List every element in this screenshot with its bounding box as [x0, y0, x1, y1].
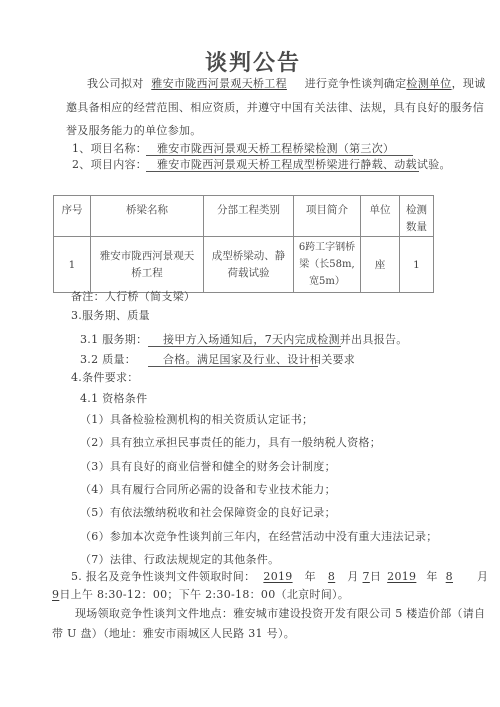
registration-time-line: 5. 报名及竞争性谈判文件领取时间：2019年8月7日2019年8月	[71, 570, 488, 584]
table-header-row: 序号 桥梁名称 分部工程类别 项目简介 单位 检测数量	[54, 196, 434, 237]
condition-2: （2）具有独立承担民事责任的能力，具有一般纳税人资格；	[80, 436, 381, 450]
header-summary: 项目简介	[294, 196, 361, 237]
intro-target: 检测单位	[406, 77, 451, 90]
intro-line-2: 邀具备相应的经营范围、相应资质，并遵守中国有关法律、法规，具有良好的服务信	[66, 101, 484, 115]
underline	[148, 346, 341, 347]
cell-no: 1	[54, 237, 91, 293]
condition-7: （7）法律、行政法规规定的其他条件。	[80, 553, 279, 567]
intro-line-3: 誉及服务能力的单位参加。	[66, 124, 202, 138]
start-month: 8	[320, 570, 343, 583]
cell-category: 成型桥梁动、静荷载试验	[204, 237, 294, 293]
condition-4: （4）具有履行合同所必需的设备和专业技术能力；	[80, 483, 336, 497]
cell-unit: 座	[361, 237, 400, 293]
header-category: 分部工程类别	[204, 196, 294, 237]
intro-suffix: ，现诚	[452, 77, 486, 90]
month-char: 月	[347, 570, 358, 583]
quality-value: 合格。满足国家及行业、设计相关要求	[163, 353, 355, 367]
month-char: 月	[477, 570, 488, 583]
end-year: 2019	[381, 570, 422, 583]
condition-1: （1）具备检验检测机构的相关资质认定证书；	[80, 413, 313, 427]
item-project-name-value: 雅安市陇西河景观天桥工程桥梁检测（第三次）	[157, 142, 394, 156]
start-day: 7	[363, 570, 370, 583]
section3-heading: 3.服务期、质量	[71, 309, 150, 323]
table-row: 1 雅安市陇西河景观天桥工程 成型桥梁动、静荷载试验 6跨工字钢桥梁（长58m,…	[54, 237, 434, 293]
condition-3: （3）具有良好的商业信誉和健全的财务会计制度；	[80, 460, 336, 474]
cell-bridge-name: 雅安市陇西河景观天桥工程	[91, 237, 204, 293]
header-unit: 单位	[361, 196, 400, 237]
cell-summary: 6跨工字钢桥梁（长58m,宽5m）	[294, 237, 361, 293]
year-char: 年	[426, 570, 437, 583]
item-project-content-label: 2、项目内容：	[72, 158, 147, 172]
intro-line-1: 我公司拟对 雅安市陇西河景观天桥工程 进行竞争性谈判确定检测单位，现诚	[87, 77, 486, 91]
condition-5: （5）有依法缴纳税收和社会保障资金的良好记录；	[80, 506, 336, 520]
page-title: 谈判公告	[205, 46, 301, 77]
item-project-name-label: 1、项目名称：	[72, 142, 147, 156]
service-period-value: 接甲方入场通知后，7天内完成检测并出具报告。	[163, 333, 408, 347]
intro-prefix: 我公司拟对	[87, 77, 144, 90]
underline	[146, 155, 413, 156]
end-month: 8	[442, 570, 465, 583]
registration-label: 5. 报名及竞争性谈判文件领取时间：	[71, 570, 255, 583]
registration-hours: 日上午 8:30-12：00；下午 2:30-18：00（北京时间）。	[59, 588, 349, 601]
start-year: 2019	[255, 570, 300, 583]
qualification-heading: 4.1 资格条件	[80, 392, 147, 406]
header-quantity: 检测数量	[400, 196, 434, 237]
registration-hours-line: 9日上午 8:30-12：00；下午 2:30-18：00（北京时间）。	[52, 588, 349, 602]
condition-6: （6）参加本次竞争性谈判前三年内，在经营活动中没有重大违法记录；	[80, 530, 438, 544]
bridge-table: 序号 桥梁名称 分部工程类别 项目简介 单位 检测数量 1 雅安市陇西河景观天桥…	[53, 195, 434, 293]
underline	[148, 366, 318, 367]
section4-heading: 4.条件要求：	[71, 371, 139, 385]
item-project-content-value: 雅安市陇西河景观天桥工程成型桥梁进行静载、动载试验。	[157, 158, 451, 172]
pickup-line-1: 现场领取竞争性谈判文件地点：雅安城市建设投资开发有限公司 5 楼造价部（请自	[75, 607, 485, 621]
intro-mid: 进行竞争性谈判确定	[305, 77, 407, 90]
underline	[146, 171, 419, 172]
header-bridge-name: 桥梁名称	[91, 196, 204, 237]
cell-quantity: 1	[400, 237, 434, 293]
header-no: 序号	[54, 196, 91, 237]
pickup-line-2: 带 U 盘）（地址：雅安市雨城区人民路 31 号）。	[52, 627, 295, 641]
quality-label: 3.2 质量：	[80, 353, 136, 367]
table-note: 备注：人行桥（简支梁）	[71, 290, 195, 304]
intro-project-name: 雅安市陇西河景观天桥工程	[151, 77, 297, 90]
service-period-label: 3.1 服务期：	[80, 333, 147, 347]
day-char: 日	[370, 570, 381, 583]
year-char: 年	[305, 570, 316, 583]
